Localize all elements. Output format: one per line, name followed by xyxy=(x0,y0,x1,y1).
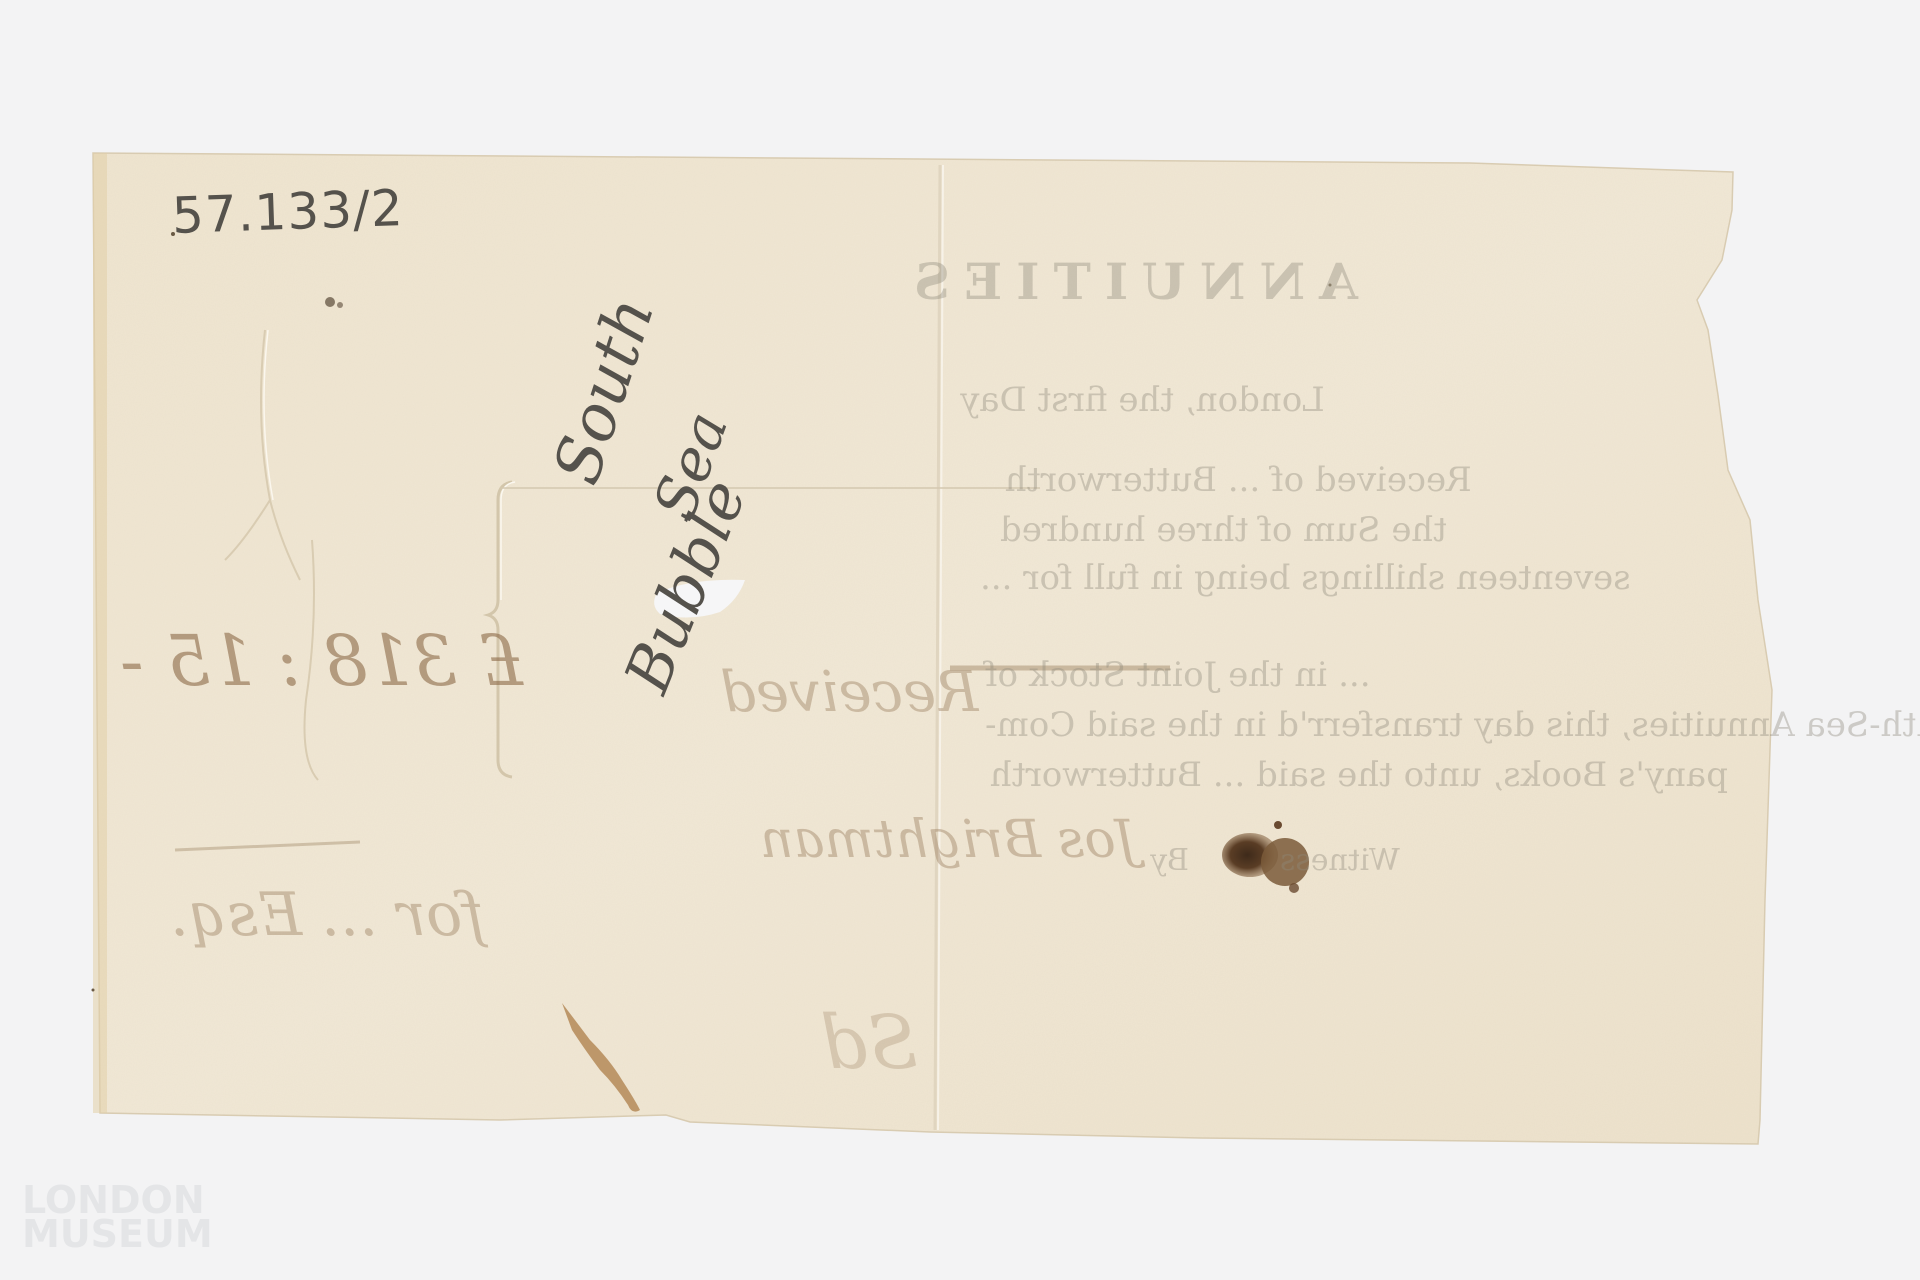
london-museum-watermark: LONDON MUSEUM xyxy=(22,1183,213,1251)
show-through-line: London, the first Day xyxy=(960,380,1325,420)
show-through-flourish: Sd xyxy=(820,1000,918,1086)
show-through-witness-label: Witness xyxy=(1280,843,1400,878)
show-through-note: Received xyxy=(720,660,978,725)
show-through-line: ... in the Joint Stock of xyxy=(985,655,1371,695)
photograph: ANNUITIES London, the first Day Received… xyxy=(0,0,1920,1280)
show-through-line: the Sum of three hundred xyxy=(1000,510,1447,550)
watermark-line: MUSEUM xyxy=(22,1217,213,1251)
show-through-line: seventeen shillings being in full for ..… xyxy=(980,558,1631,598)
show-through-line: Received of ... Butterworth xyxy=(1005,460,1472,500)
show-through-signature: Jos Brightman xyxy=(760,810,1137,870)
show-through-amount: £ 318 : 15 - xyxy=(120,620,523,702)
show-through-title: ANNUITIES xyxy=(900,252,1358,311)
show-through-signature: for ... Esq. xyxy=(170,880,484,950)
show-through-by-label: By xyxy=(1150,843,1189,878)
show-through-line: South-Sea Annuities, this day transferr'… xyxy=(985,705,1920,745)
show-through-line: pany's Books, unto the said ... Butterwo… xyxy=(990,755,1728,795)
accession-number: 57.133/2 xyxy=(171,179,404,245)
